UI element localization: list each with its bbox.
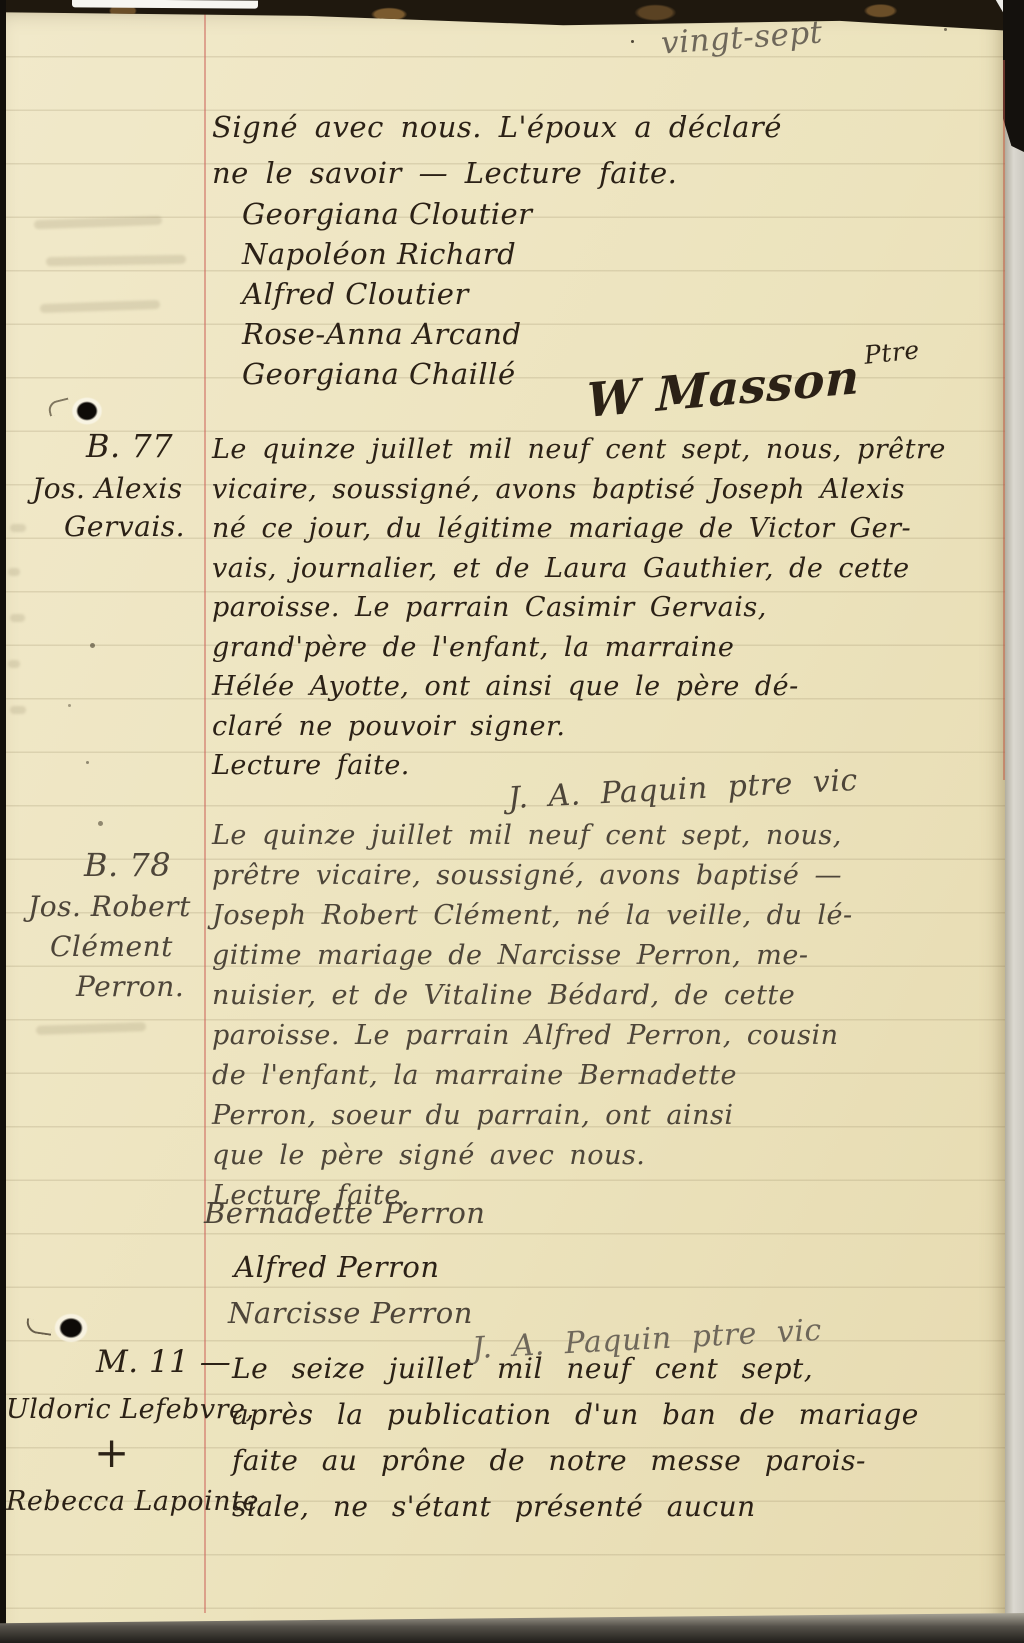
entry-body-line: vais, journalier, et de Laura Gauthier, …: [212, 549, 946, 589]
entry-b78-body: Le quinze juillet mil neuf cent sept, no…: [212, 816, 853, 1216]
scan-left-edge: [0, 0, 6, 1643]
entry-body-line: paroisse. Le parrain Alfred Perron, cous…: [212, 1016, 853, 1056]
entry-body-line: claré ne pouvoir signer.: [212, 707, 946, 747]
continuation-line: Signé avec nous. L'époux a déclaré: [212, 104, 782, 150]
entry-b77-margin-ref: B. 77: [86, 427, 173, 465]
entry-body-line: paroisse. Le parrain Casimir Gervais,: [212, 588, 946, 628]
witness-signature: Rose-Anna Arcand: [242, 314, 533, 354]
register-scan: vingt-sept Signé avec nous. L'époux a dé…: [0, 0, 1024, 1643]
entry-m11-margin-name: Rebecca Lapointe: [6, 1486, 259, 1517]
entry-body-line: né ce jour, du légitime mariage de Victo…: [212, 509, 946, 549]
entry-b78-margin-name: Clément: [50, 930, 173, 963]
entry-b77-margin-name: Jos. Alexis: [32, 472, 183, 505]
entry-body-line: nuisier, et de Vitaline Bédard, de cette: [212, 976, 853, 1016]
entry-body-line: siale, ne s'étant présenté aucun: [232, 1484, 919, 1530]
entry-body-line: prêtre vicaire, soussigné, avons baptisé…: [212, 856, 853, 896]
entry-body-line: que le père signé avec nous.: [212, 1136, 853, 1176]
entry-body-line: Hélée Ayotte, ont ainsi que le père dé-: [212, 667, 946, 707]
entry-body-line: vicaire, soussigné, avons baptisé Joseph…: [212, 470, 946, 510]
witness-signature: Bernadette Perron: [204, 1196, 485, 1230]
entry-m11-margin-ref: M. 11 —: [96, 1344, 231, 1380]
entry-b77-body: Le quinze juillet mil neuf cent sept, no…: [212, 430, 946, 786]
witness-signature: Narcisse Perron: [228, 1296, 473, 1330]
priest-title: Ptre: [863, 335, 921, 370]
entry-b78-margin-name: Perron.: [76, 970, 184, 1003]
entry-body-line: faite au prône de notre messe parois-: [232, 1438, 919, 1484]
page-stack-edge: [1005, 0, 1024, 1643]
priest-signature-masson: W Masson: [586, 350, 860, 429]
witness-signature: Georgiana Cloutier: [242, 194, 533, 234]
entry-body-line: gitime mariage de Narcisse Perron, me-: [212, 936, 853, 976]
entry-body-line: Le quinze juillet mil neuf cent sept, no…: [212, 816, 853, 856]
ink-specks: [631, 40, 634, 43]
witness-signature: Napoléon Richard: [242, 234, 533, 274]
entry-b77-margin-name: Gervais.: [64, 510, 185, 543]
continuation-witness-signatures: Georgiana Cloutier Napoléon Richard Alfr…: [242, 194, 533, 394]
register-page: vingt-sept Signé avec nous. L'époux a dé…: [6, 4, 1005, 1643]
adjacent-page-red-rule: [1003, 60, 1005, 780]
entry-body-line: Joseph Robert Clément, né la veille, du …: [212, 896, 853, 936]
witness-signature: Georgiana Chaillé: [242, 354, 533, 394]
entry-body-line: grand'père de l'enfant, la marraine: [212, 628, 946, 668]
witness-signature: Alfred Cloutier: [242, 274, 533, 314]
entry-body-line: de l'enfant, la marraine Bernadette: [212, 1056, 853, 1096]
entry-body-line: Le seize juillet mil neuf cent sept,: [232, 1346, 919, 1392]
cross-joiner-mark: +: [94, 1428, 130, 1477]
entry-body-line: Le quinze juillet mil neuf cent sept, no…: [212, 430, 946, 470]
punch-hole: [48, 1308, 94, 1348]
entry-b78-margin-ref: B. 78: [84, 846, 171, 884]
continuation-line: ne le savoir — Lecture faite.: [212, 150, 782, 196]
punch-hole: [66, 392, 108, 430]
entry-body-line: Perron, soeur du parrain, ont ainsi: [212, 1096, 853, 1136]
entry-b78-margin-name: Jos. Robert: [28, 890, 191, 923]
paper-strip-fragment: [72, 0, 258, 9]
continuation-text: Signé avec nous. L'époux a déclaré ne le…: [212, 104, 782, 196]
entry-m11-margin-name: Uldoric Lefebvre,: [6, 1394, 255, 1425]
entry-m11-body: Le seize juillet mil neuf cent sept, apr…: [232, 1346, 919, 1530]
witness-signature: Alfred Perron: [234, 1250, 440, 1284]
entry-body-line: après la publication d'un ban de mariage: [232, 1392, 919, 1438]
